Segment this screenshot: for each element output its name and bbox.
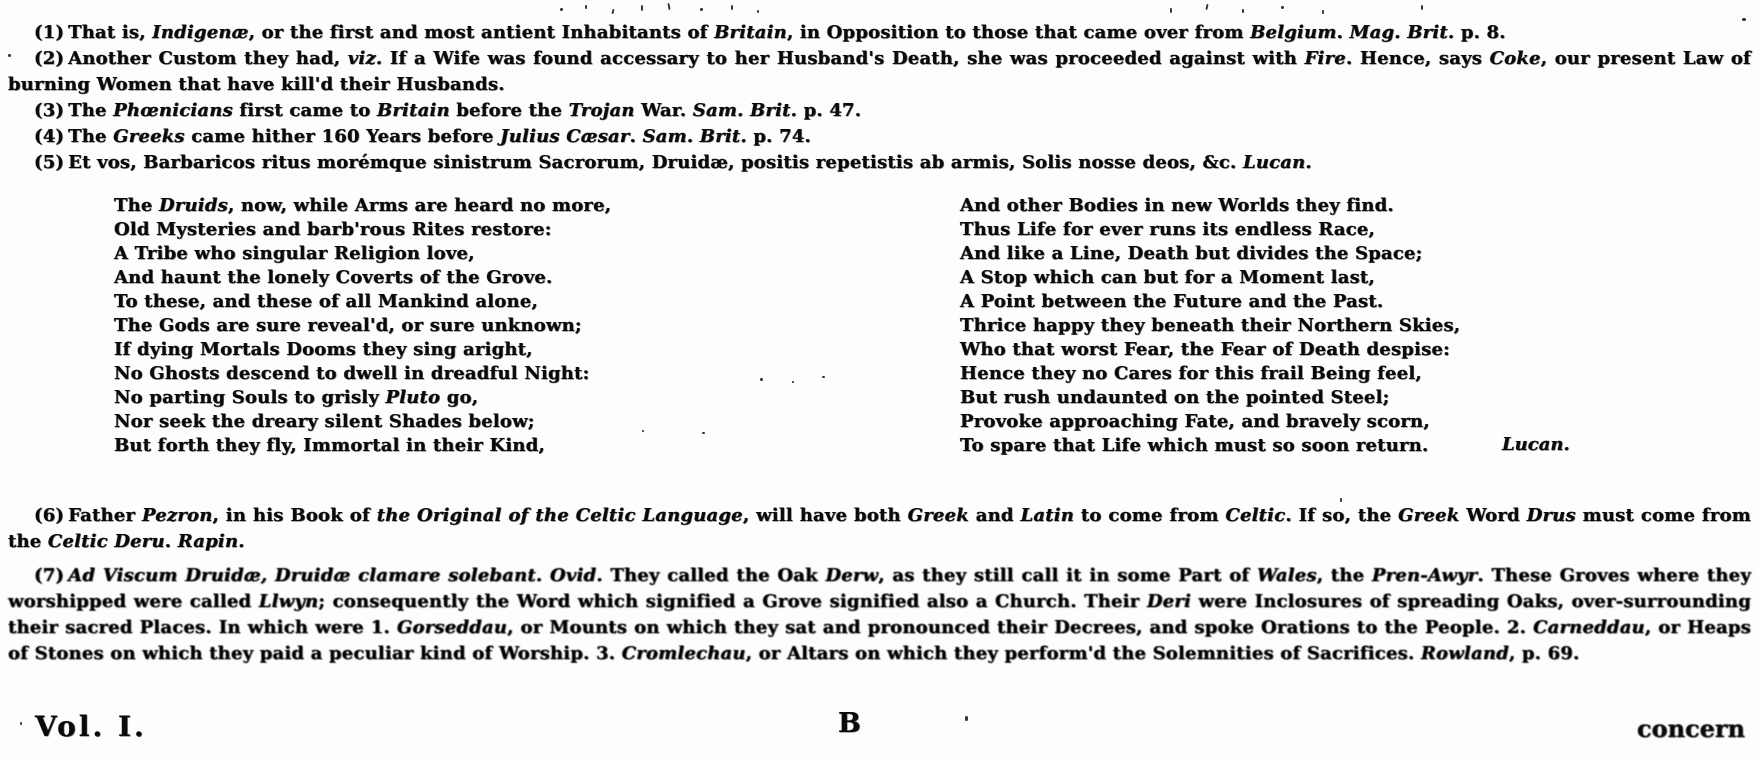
ink-speck (1322, 10, 1324, 14)
volume-label: Vol. I. (35, 710, 147, 743)
footnote-4: (4)The Greeks came hither 160 Years befo… (8, 124, 1751, 150)
footnote-number: (2) (34, 48, 68, 69)
poem-column-right: And other Bodies in new Worlds they find… (960, 194, 1460, 458)
ink-speck (611, 9, 614, 14)
footnote-text: Et vos, Barbaricos ritus morémque sinist… (68, 152, 1312, 173)
ink-speck (1281, 6, 1284, 9)
ink-speck (731, 5, 733, 10)
ink-speck (757, 10, 759, 13)
catchword: concern (1637, 714, 1745, 743)
footnotes-top: (1)That is, Indigenæ, or the first and m… (8, 20, 1751, 176)
quoted-poem: The Druids, now, while Arms are heard no… (0, 194, 1759, 464)
poem-line: A Point between the Future and the Past. (960, 290, 1460, 314)
poem-line: Who that worst Fear, the Fear of Death d… (960, 338, 1460, 362)
poem-line: But rush undaunted on the pointed Steel; (960, 386, 1460, 410)
poem-line: The Gods are sure reveal'd, or sure unkn… (114, 314, 611, 338)
poem-line: A Stop which can but for a Moment last, (960, 266, 1460, 290)
ink-speck (702, 432, 705, 434)
poem-line: But forth they fly, Immortal in their Ki… (114, 434, 611, 458)
ink-speck (965, 716, 968, 721)
poem-line: And other Bodies in new Worlds they find… (960, 194, 1460, 218)
footnote-number: (3) (34, 100, 68, 121)
footnote-text: Father Pezron, in his Book of the Origin… (8, 505, 1751, 552)
footnote-1: (1)That is, Indigenæ, or the first and m… (8, 20, 1751, 46)
footnote-text: That is, Indigenæ, or the first and most… (68, 22, 1506, 43)
footnote-7: (7)Ad Viscum Druidæ, Druidæ clamare sole… (8, 563, 1751, 667)
poem-line: To these, and these of all Mankind alone… (114, 290, 611, 314)
poem-column-left: The Druids, now, while Arms are heard no… (114, 194, 611, 458)
book-page: (1)That is, Indigenæ, or the first and m… (0, 0, 1759, 762)
poem-line: Thrice happy they beneath their Northern… (960, 314, 1460, 338)
footnotes-bottom: (6)Father Pezron, in his Book of the Ori… (8, 503, 1751, 667)
poem-line: Old Mysteries and barb'rous Rites restor… (114, 218, 611, 242)
poem-line: No Ghosts descend to dwell in dreadful N… (114, 362, 611, 386)
poem-line: Provoke approaching Fate, and bravely sc… (960, 410, 1460, 434)
footnote-number: (1) (34, 22, 68, 43)
ink-speck (667, 3, 670, 10)
ink-speck (1742, 18, 1746, 21)
poem-line: And haunt the lonely Coverts of the Grov… (114, 266, 611, 290)
ink-speck (585, 5, 587, 9)
ink-speck (560, 8, 563, 11)
footnote-3: (3)The Phœnicians first came to Britain … (8, 98, 1751, 124)
poem-line: No parting Souls to grisly Pluto go, (114, 386, 611, 410)
ink-speck (642, 430, 644, 432)
ink-speck (641, 5, 643, 11)
poem-line: If dying Mortals Dooms they sing aright, (114, 338, 611, 362)
poem-line: A Tribe who singular Religion love, (114, 242, 611, 266)
footnote-text: Another Custom they had, viz. If a Wife … (8, 48, 1751, 95)
ink-speck (20, 722, 22, 725)
signature-mark: B (838, 708, 861, 739)
poem-line: Thus Life for ever runs its endless Race… (960, 218, 1460, 242)
ink-speck (1421, 5, 1423, 10)
poem-line: Hence they no Cares for this frail Being… (960, 362, 1460, 386)
poem-line: And like a Line, Death but divides the S… (960, 242, 1460, 266)
ink-speck (1205, 4, 1208, 10)
footnote-5: (5)Et vos, Barbaricos ritus morémque sin… (8, 150, 1751, 176)
ink-speck (822, 376, 825, 378)
page-footer: Vol. I. B concern (0, 706, 1759, 762)
footnote-text: Ad Viscum Druidæ, Druidæ clamare soleban… (8, 565, 1751, 664)
footnote-text: The Phœnicians first came to Britain bef… (68, 100, 861, 121)
footnote-2: (2)Another Custom they had, viz. If a Wi… (8, 46, 1751, 98)
poem-attribution: Lucan. (1502, 434, 1570, 455)
poem-line: The Druids, now, while Arms are heard no… (114, 194, 611, 218)
ink-speck (8, 54, 11, 57)
poem-line: Nor seek the dreary silent Shades below; (114, 410, 611, 434)
poem-line: To spare that Life which must so soon re… (960, 434, 1460, 458)
footnote-text: The Greeks came hither 160 Years before … (68, 126, 811, 147)
footnote-number: (4) (34, 126, 68, 147)
footnote-6: (6)Father Pezron, in his Book of the Ori… (8, 503, 1751, 555)
ink-speck (1170, 8, 1172, 13)
footnote-number: (6) (34, 505, 68, 526)
footnote-number: (5) (34, 152, 68, 173)
ink-speck (700, 8, 703, 11)
ink-speck (792, 381, 794, 383)
ink-speck (760, 378, 763, 381)
footnote-number: (7) (34, 565, 68, 586)
ink-speck (1242, 9, 1244, 13)
ink-speck (1340, 498, 1342, 502)
